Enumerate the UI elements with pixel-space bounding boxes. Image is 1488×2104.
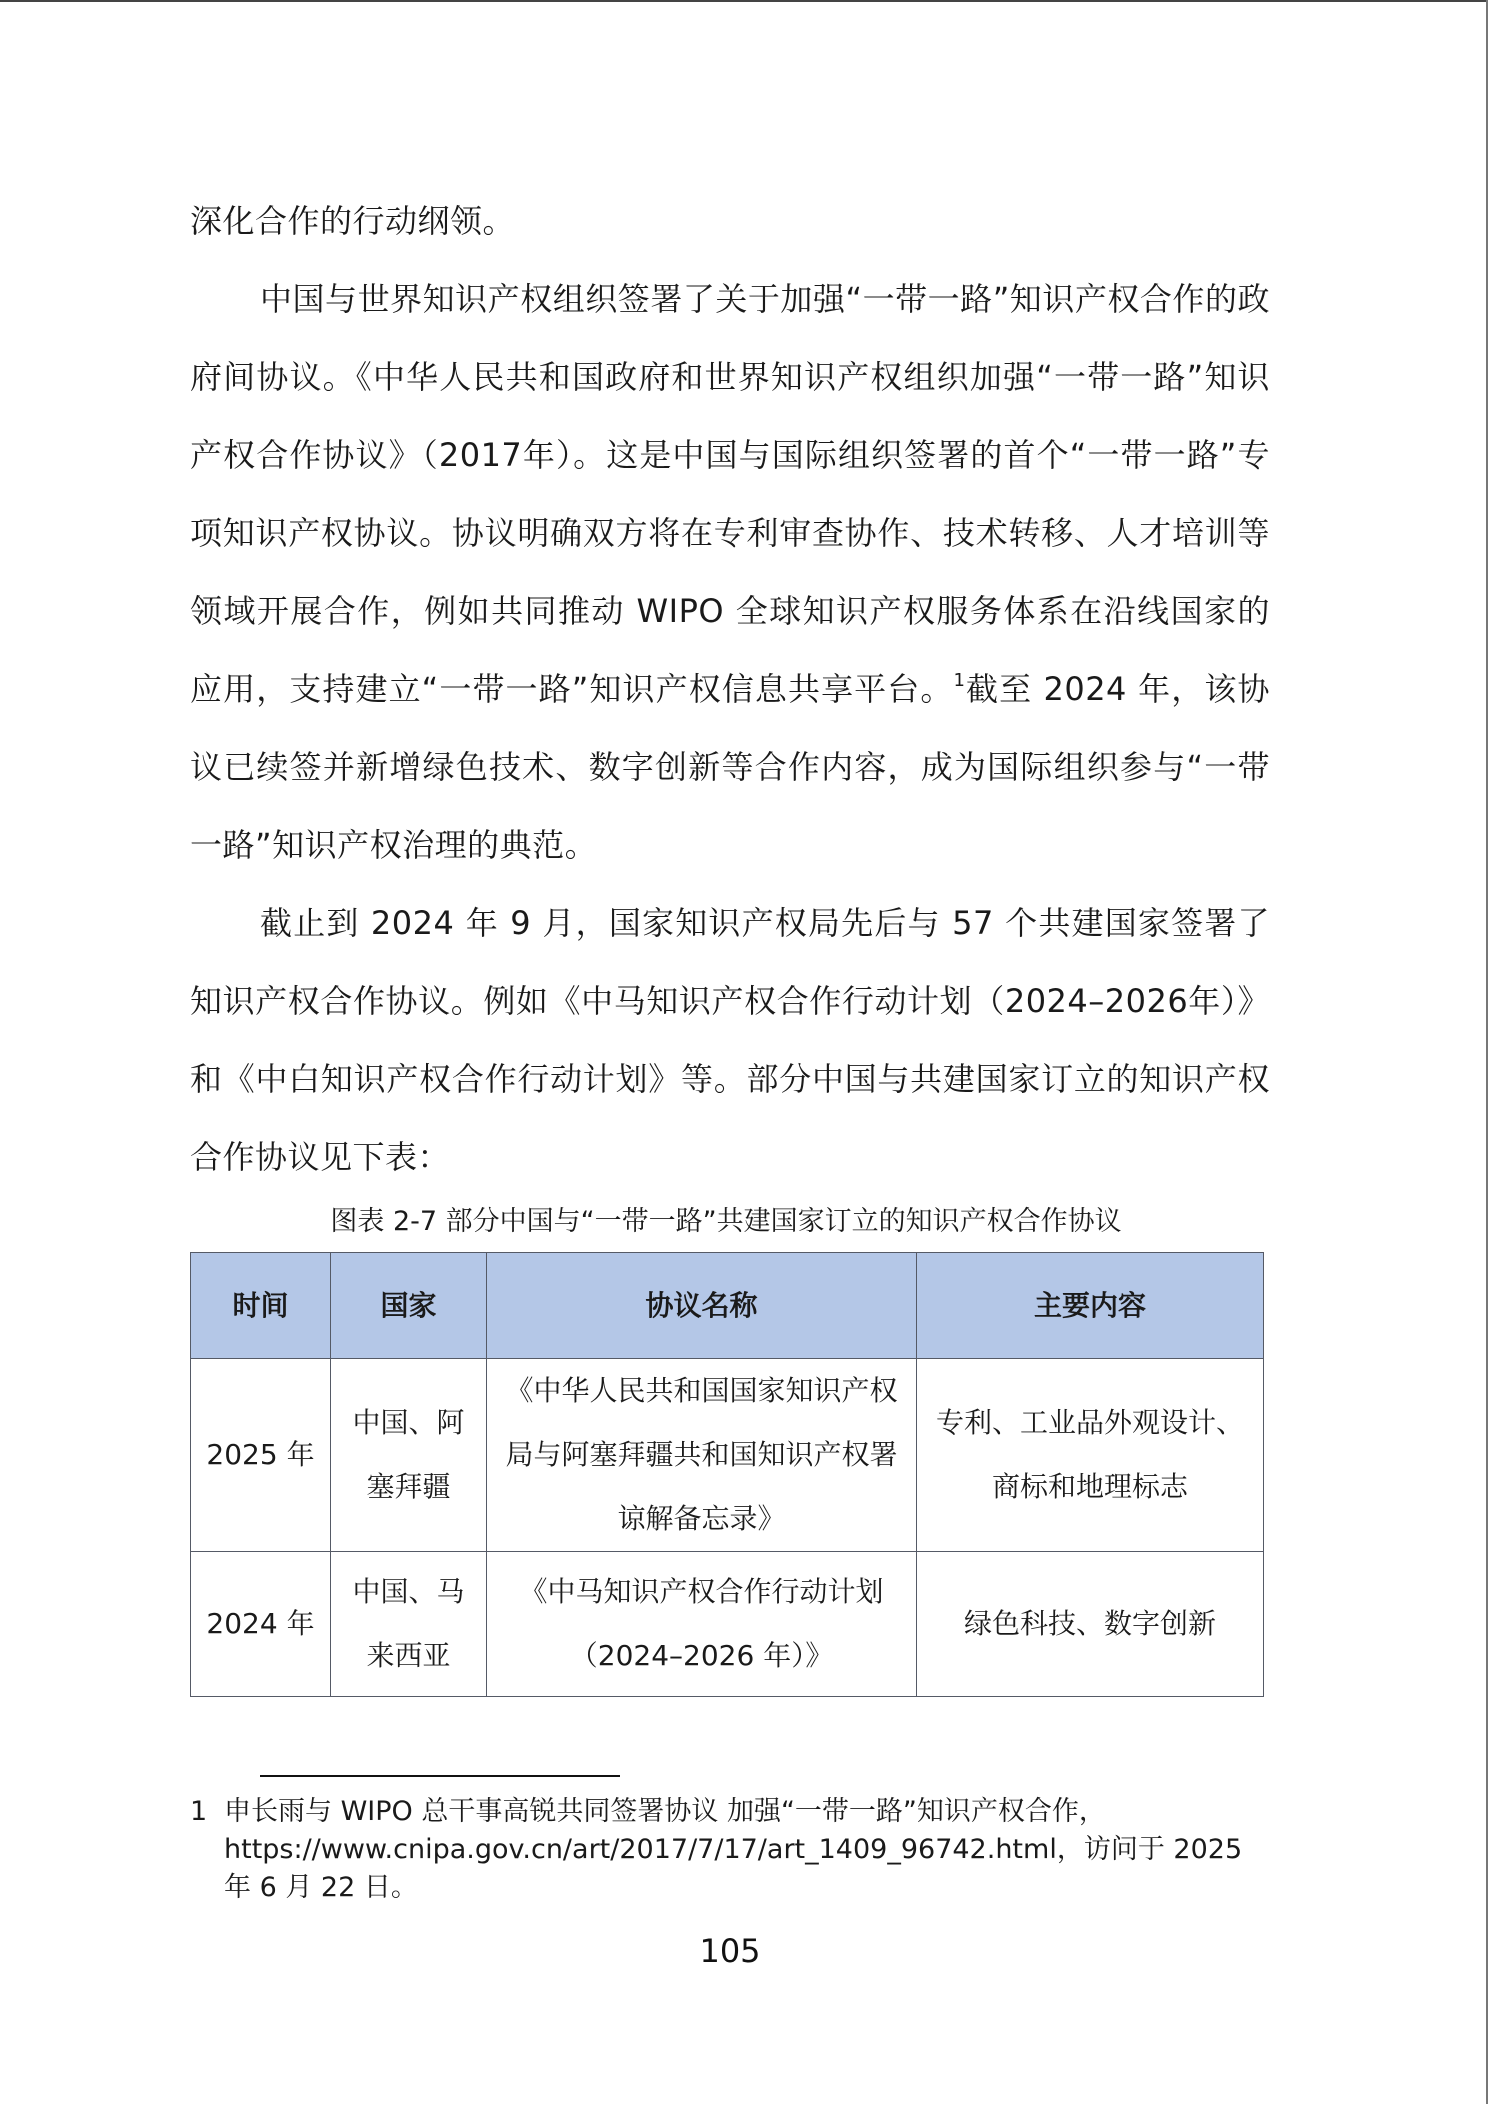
agreements-table: 时间 国家 协议名称 主要内容 2025 年 中国、阿塞拜疆 《中华人民共和国国… — [190, 1252, 1264, 1697]
cell-agreement-name: 《中华人民共和国国家知识产权局与阿塞拜疆共和国知识产权署谅解备忘录》 — [487, 1359, 917, 1552]
header-agreement-name: 协议名称 — [487, 1253, 917, 1359]
table-row: 2025 年 中国、阿塞拜疆 《中华人民共和国国家知识产权局与阿塞拜疆共和国知识… — [191, 1359, 1264, 1552]
cell-country: 中国、马来西亚 — [331, 1552, 487, 1697]
table-header-row: 时间 国家 协议名称 主要内容 — [191, 1253, 1264, 1359]
cell-agreement-name: 《中马知识产权合作行动计划（2024–2026 年）》 — [487, 1552, 917, 1697]
footnote-reference[interactable]: 1 — [953, 670, 965, 691]
header-time: 时间 — [191, 1253, 331, 1359]
header-country: 国家 — [331, 1253, 487, 1359]
paragraph-wipo-agreement: 中国与世界知识产权组织签署了关于加强“一带一路”知识产权合作的政府间协议。《中华… — [190, 260, 1270, 884]
table-row: 2024 年 中国、马来西亚 《中马知识产权合作行动计划（2024–2026 年… — [191, 1552, 1264, 1697]
cell-country: 中国、阿塞拜疆 — [331, 1359, 487, 1552]
page-top-border — [0, 0, 1488, 2]
cell-main-content: 专利、工业品外观设计、商标和地理标志 — [917, 1359, 1264, 1552]
header-main-content: 主要内容 — [917, 1253, 1264, 1359]
page-number: 105 — [0, 1932, 1460, 1970]
cell-time: 2024 年 — [191, 1552, 331, 1697]
footnote-number: 1 — [190, 1793, 207, 1831]
paragraph-cnipa-agreements: 截止到 2024 年 9 月，国家知识产权局先后与 57 个共建国家签署了知识产… — [190, 884, 1270, 1196]
footnote-text: 申长雨与 WIPO 总干事高锐共同签署协议 加强“一带一路”知识产权合作，htt… — [224, 1793, 1270, 1907]
paragraph-text: 中国与世界知识产权组织签署了关于加强“一带一路”知识产权合作的政府间协议。《中华… — [190, 280, 1270, 708]
paragraph-continuation: 深化合作的行动纲领。 — [190, 182, 1270, 260]
cell-main-content: 绿色科技、数字创新 — [917, 1552, 1264, 1697]
footnote: 1 申长雨与 WIPO 总干事高锐共同签署协议 加强“一带一路”知识产权合作，h… — [190, 1793, 1270, 1907]
cell-time: 2025 年 — [191, 1359, 331, 1552]
table-caption: 图表 2-7 部分中国与“一带一路”共建国家订立的知识产权合作协议 — [190, 1204, 1262, 1240]
footnote-separator — [260, 1775, 620, 1777]
body-text: 深化合作的行动纲领。 中国与世界知识产权组织签署了关于加强“一带一路”知识产权合… — [190, 182, 1270, 1196]
